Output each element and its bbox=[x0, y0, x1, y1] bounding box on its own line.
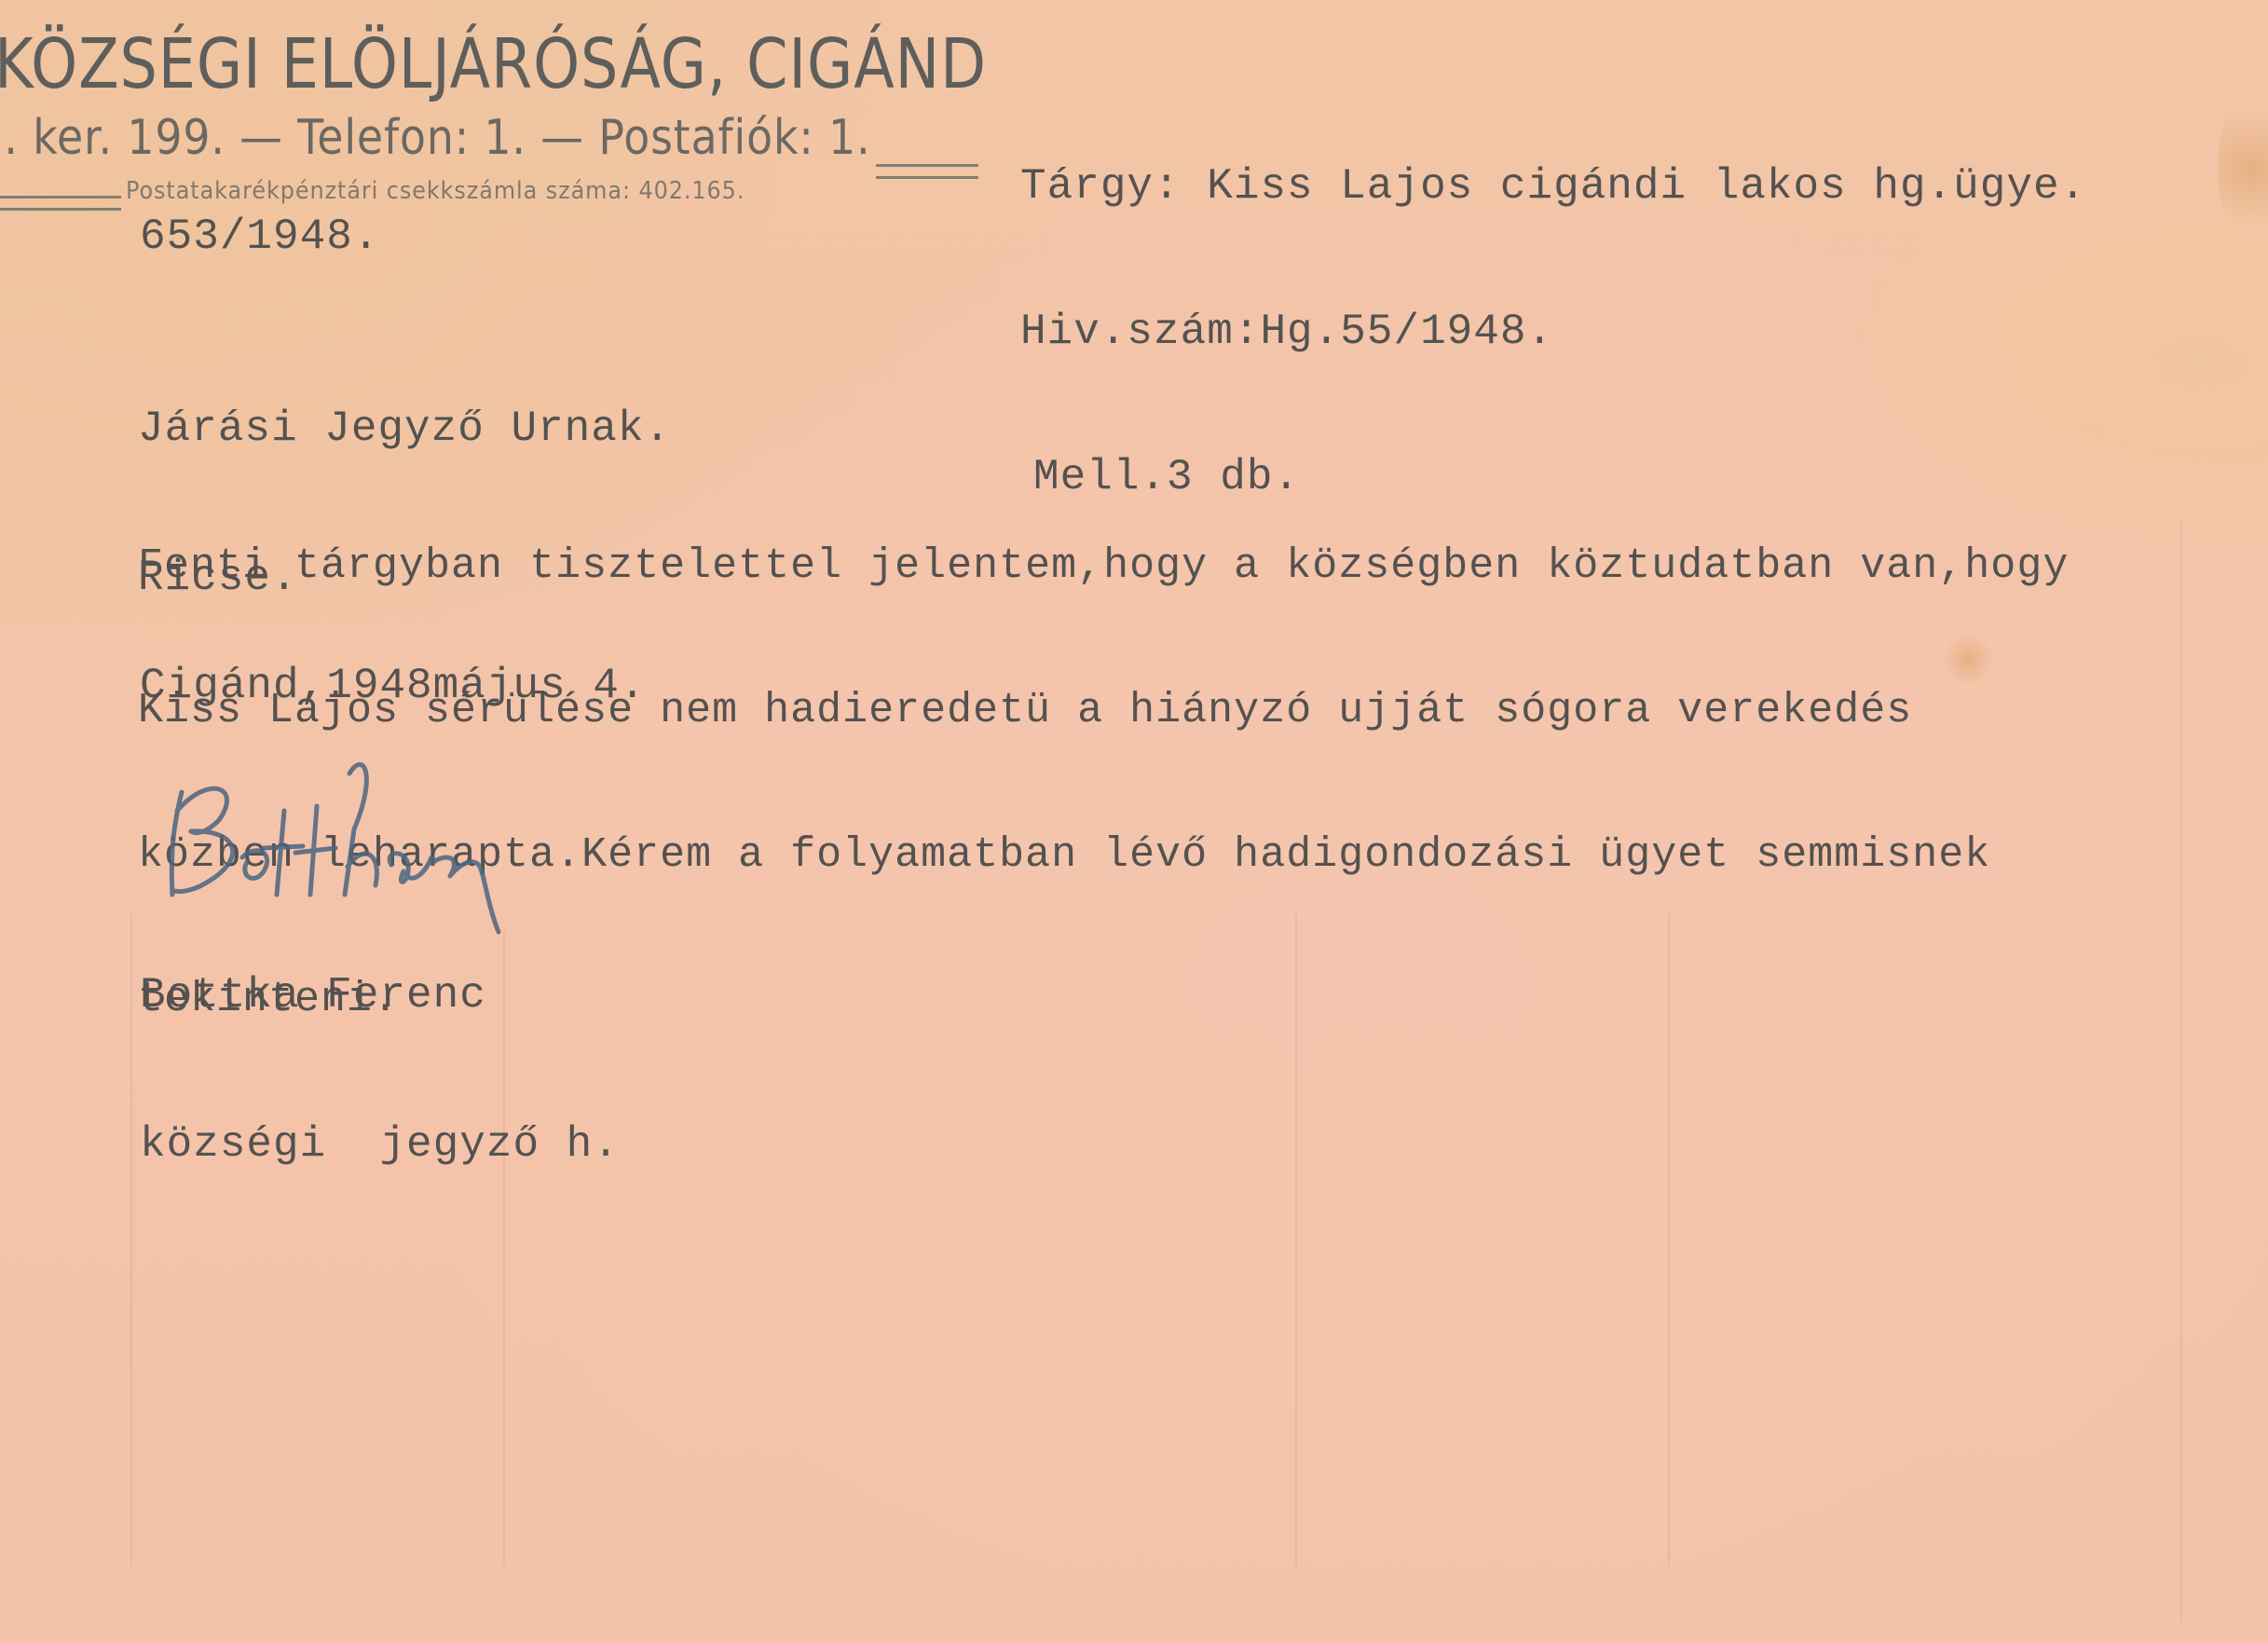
signature-block: Bottka Ferenc községi jegyző h. bbox=[140, 874, 620, 1221]
letterhead-rule-right bbox=[876, 164, 978, 179]
letterhead-account: Postatakarékpénztári csekkszámla száma: … bbox=[126, 177, 745, 205]
ruled-line bbox=[2180, 522, 2182, 1622]
letterhead-rule-left bbox=[0, 196, 121, 211]
file-number-line: Hiv.szám:Hg.55/1948. bbox=[1020, 308, 2086, 356]
signer-name: Bottka Ferenc bbox=[140, 971, 620, 1023]
ruled-line bbox=[130, 913, 132, 1566]
body-line: Fenti tárgyban tisztelettel jelentem,hog… bbox=[138, 542, 2069, 590]
letterhead-title: KÖZSÉGI ELÖLJÁRÓSÁG, CIGÁND bbox=[0, 24, 987, 104]
letterhead-address: I. ker. 199. — Telefon: 1. — Postafiók: … bbox=[0, 110, 871, 166]
subject-line: Tárgy: Kiss Lajos cigándi lakos hg.ügye. bbox=[1020, 162, 2086, 211]
signer-title: községi jegyző h. bbox=[140, 1120, 620, 1172]
date-line: Cigánd,1948május 4. bbox=[140, 662, 647, 710]
reference-number: 653/1948. bbox=[140, 212, 379, 261]
